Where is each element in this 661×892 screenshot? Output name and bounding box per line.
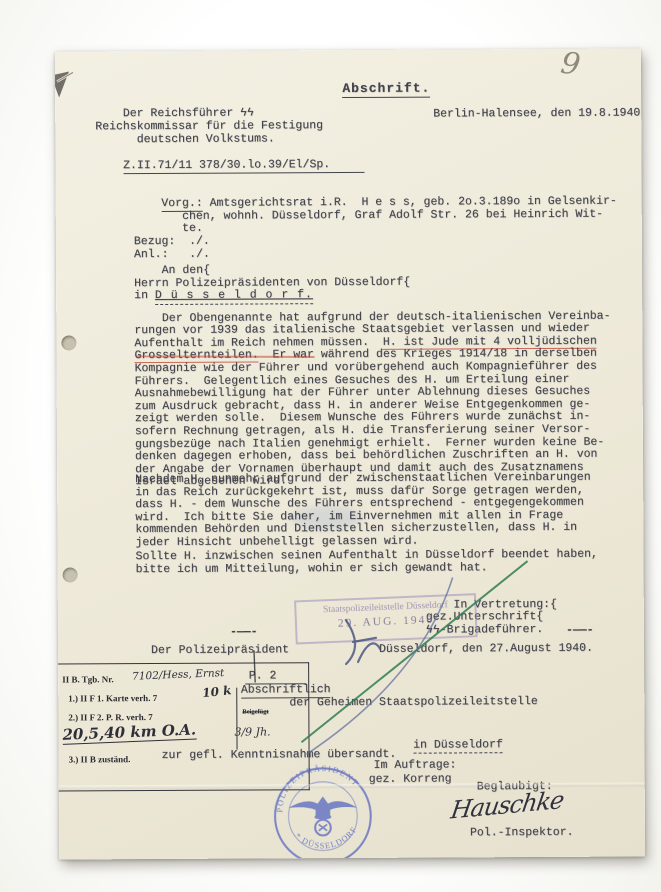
recipient-line2: Herrn Polizeipräsidenten von Düsseldorf [134, 275, 403, 289]
im-auftrage: Im Auftrage: [374, 759, 457, 772]
scanned-document-photo: { "document": { "pencil_number": "9", "t… [0, 0, 661, 892]
routing-tgb-label: II B. Tgb. Nr. [62, 674, 114, 684]
routing-line2: 2.) II F 2. P. R. verh. 7 [68, 712, 152, 722]
corner-fastener-mark [55, 67, 81, 107]
punch-hole-top [61, 335, 76, 350]
punch-hole-bottom [63, 567, 78, 582]
handwritten-signature: Hauschke [449, 786, 566, 825]
body-paragraph-2: Nachdem H. nunmehr aufgrund der zwischen… [135, 472, 591, 550]
forwarding-place-date: Düsseldorf, den 27.August 1940. [379, 643, 593, 657]
letterhead-place-date: Berlin-Halensee, den 19.8.1940. [433, 107, 645, 121]
reference-number: Z.II.71/11 378/30.lo.39/El/Sp. [123, 158, 364, 174]
forwarding-sender: Der Polizeipräsident [151, 644, 289, 657]
page-title: Abschrift. [307, 70, 430, 108]
routing-tgb-handwritten: 7102/Hess, Ernst [132, 667, 225, 683]
routing-box-divider [236, 688, 237, 750]
routing-line4: 3.) II B zuständ. [69, 754, 131, 764]
received-date-stamp: Staatspolizeileitstelle Düsseldorf 29. A… [294, 593, 478, 644]
letterhead-reference: Z.II.71/11 378/30.lo.39/El/Sp. [95, 146, 364, 185]
stamp-eagle-icon [288, 796, 357, 835]
signer-title: Pol.-Inspektor. [470, 827, 574, 840]
p1-seg2: Er war während des Krieges 1914/18 in de… [135, 347, 605, 488]
routing-line2-small: Beigefügt [242, 708, 268, 715]
separator-dashes-left: -——- [230, 626, 258, 639]
routing-line1: 1.) II F 1. Karte verh. 7 [68, 693, 157, 703]
forwarding-recipient: der Geheimen Staatspolizeileitstelle [289, 696, 538, 710]
routing-line3-handwritten: 20,5,40 km O.A. [62, 720, 196, 744]
police-round-stamp: POLIZEIPRÄSIDENT * DÜSSELDORF * [271, 764, 376, 860]
body-paragraph-3: Sollte H. inzwischen seinen Aufenthalt i… [136, 549, 599, 577]
letterhead-sender: Der Reichsführer ϟϟ Reichskommissar für … [95, 106, 323, 146]
pencil-page-number: 9 [558, 48, 582, 83]
forwarding-city-text: in Düsseldorf [413, 738, 503, 753]
recipient-line1: An den [162, 264, 203, 277]
routing-line3-handwritten-date: 3/9 Jh. [234, 725, 270, 738]
gez-korreng: gez. Korreng [369, 773, 452, 786]
title-text: Abschrift. [342, 80, 430, 97]
routing-line1-handwritten: 10 k [202, 683, 233, 700]
document-page: 9 Abschrift. Der Reichsführer ϟϟ Reichsk… [55, 48, 645, 859]
separator-dashes-right: -——- [566, 625, 594, 638]
